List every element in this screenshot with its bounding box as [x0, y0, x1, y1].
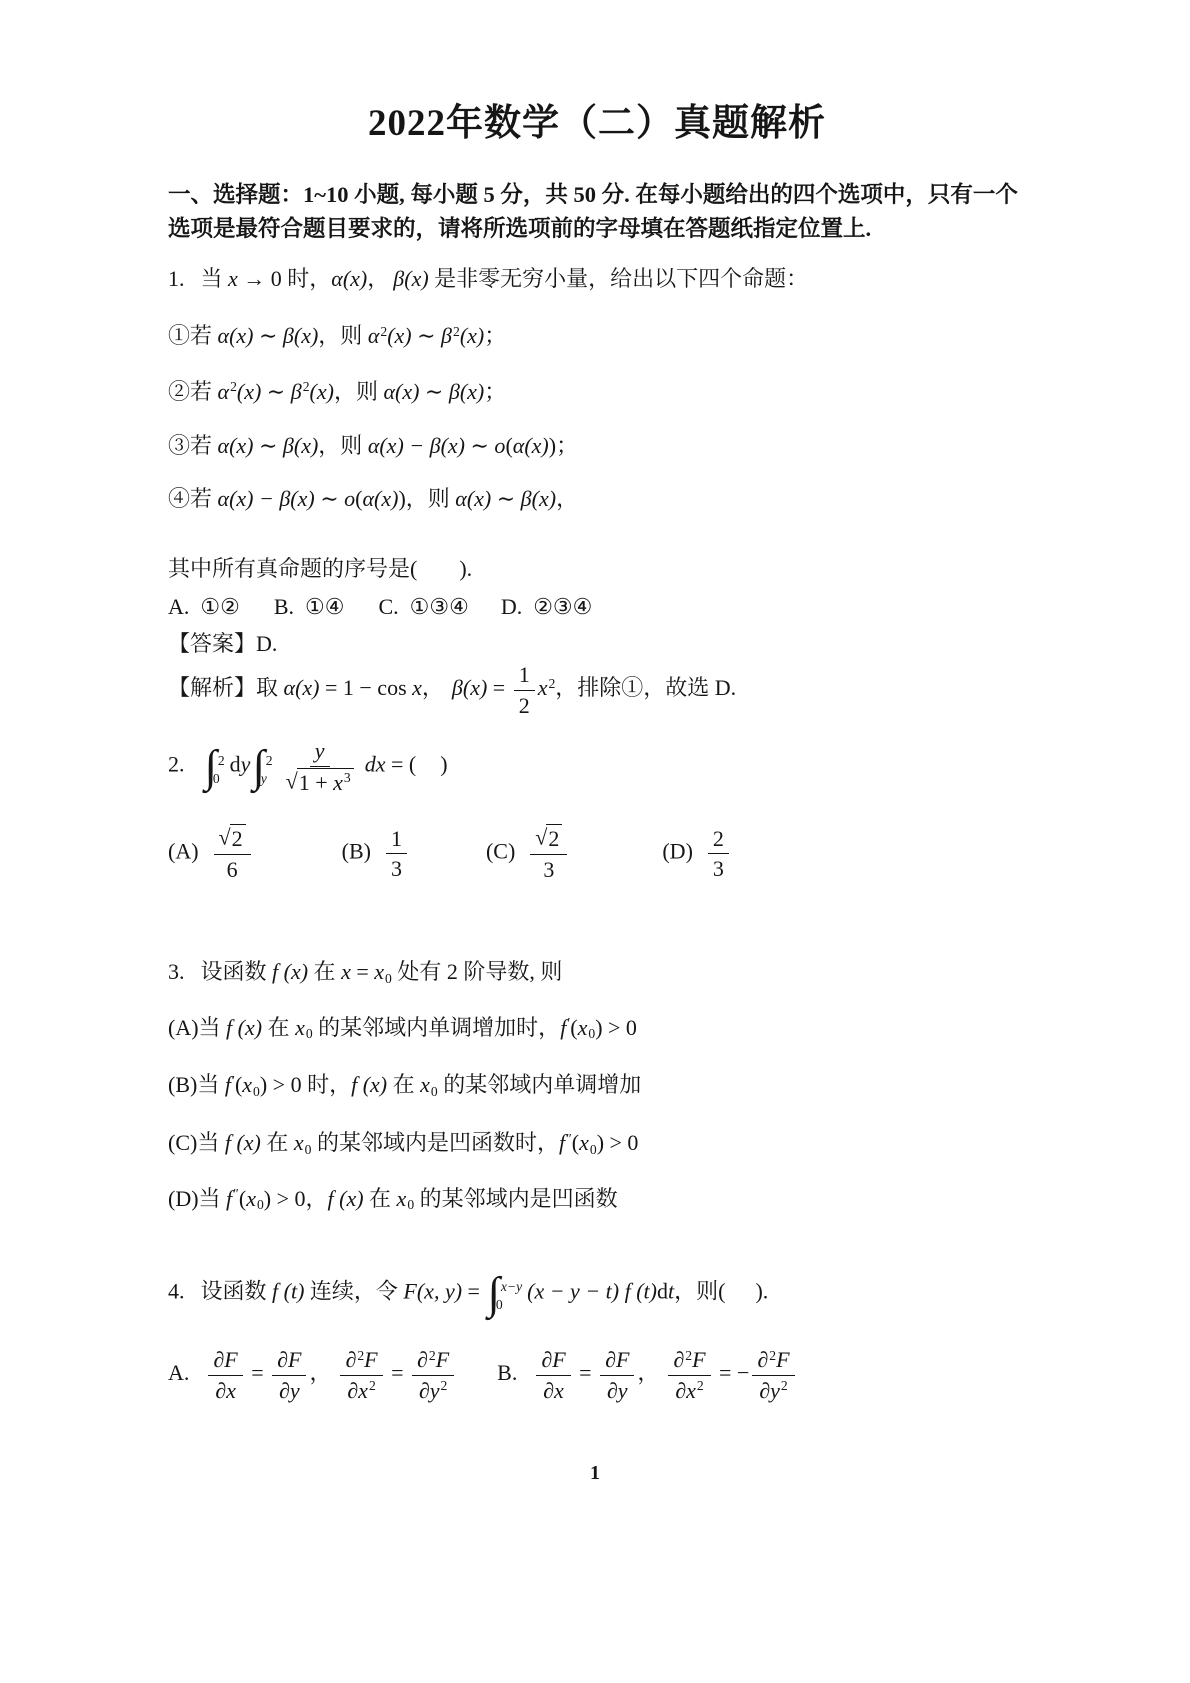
q4-options: A.∂F∂x = ∂F∂y，∂2F∂x2 = ∂2F∂y2B.∂F∂x = ∂F… — [168, 1344, 1026, 1406]
q1-answer: 【答案】D. — [168, 629, 1026, 659]
q3-option-b: (B)当 f′(x0) > 0 时，f (x) 在 x0 的某邻域内单调增加 — [168, 1070, 1026, 1100]
document-body: 1.当 x → 0 时，α(x)，β(x) 是非零无穷小量，给出以下四个命题：①… — [168, 264, 1026, 1407]
q3-option-d: (D)当 f″(x0) > 0，f (x) 在 x0 的某邻域内是凹函数 — [168, 1184, 1026, 1214]
q3-option-c: (C)当 f (x) 在 x0 的某邻域内是凹函数时，f″(x0) > 0 — [168, 1128, 1026, 1158]
q1-conclusion: 其中所有真命题的序号是(). — [168, 554, 1026, 584]
q1-prop1: ①若 α(x) ∼ β(x)，则 α2(x) ∼ β2(x)； — [168, 321, 1026, 351]
q2-stem: 2.∫20dy∫2yy√1 + x3dx = () — [168, 735, 1026, 798]
q1-prop2: ②若 α2(x) ∼ β2(x)，则 α(x) ∼ β(x)； — [168, 377, 1026, 407]
page-number: 1 — [0, 1462, 1190, 1485]
document-page: 2022年数学（二）真题解析 一、选择题：1~10 小题, 每小题 5 分，共 … — [0, 0, 1190, 1683]
document-content: 2022年数学（二）真题解析 一、选择题：1~10 小题, 每小题 5 分，共 … — [0, 100, 1190, 1406]
q4-stem: 4.设函数 f (t) 连续，令 F(x, y) = ∫x−y0(x − y −… — [168, 1272, 1026, 1315]
q2-options: (A)√26(B)13(C)√23(D)23 — [168, 822, 1026, 885]
q1-stem: 1.当 x → 0 时，α(x)，β(x) 是非零无穷小量，给出以下四个命题： — [168, 264, 1026, 294]
q3-option-a: (A)当 f (x) 在 x0 的某邻域内单调增加时，f′(x0) > 0 — [168, 1013, 1026, 1043]
q1-analysis: 【解析】取 α(x) = 1 − cos x，β(x) = 12x2，排除①，故… — [168, 659, 1026, 721]
q1-options: A. ①②B. ①④C. ①③④D. ②③④ — [168, 592, 1026, 622]
q1-prop4: ④若 α(x) − β(x) ∼ o(α(x))，则 α(x) ∼ β(x)， — [168, 484, 1026, 514]
section-heading: 一、选择题：1~10 小题, 每小题 5 分，共 50 分. 在每小题给出的四个… — [168, 178, 1026, 246]
q1-prop3: ③若 α(x) ∼ β(x)，则 α(x) − β(x) ∼ o(α(x))； — [168, 431, 1026, 461]
q3-stem: 3.设函数 f (x) 在 x = x0 处有 2 阶导数, 则 — [168, 957, 1026, 987]
page-title: 2022年数学（二）真题解析 — [168, 100, 1026, 148]
